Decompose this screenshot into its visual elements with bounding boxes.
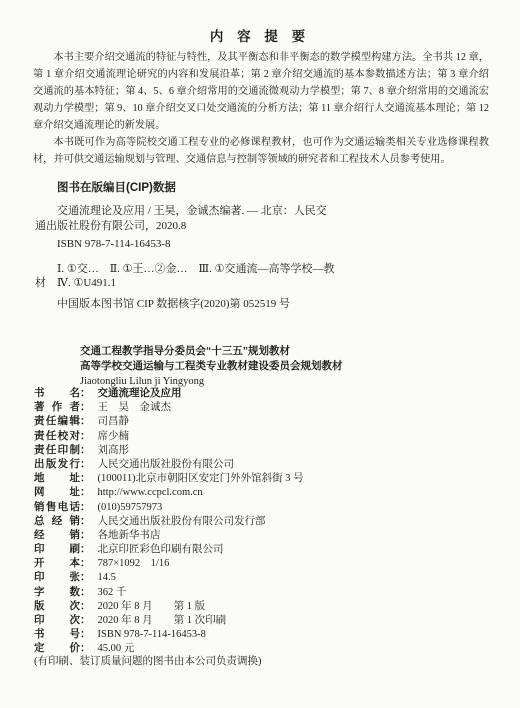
info-value: 2020 年 8 月 第 1 次印刷 — [98, 614, 227, 628]
info-colon: ： — [80, 514, 91, 528]
info-value: 人民交通出版社股份有限公司发行部 — [98, 515, 266, 529]
info-colon: ： — [80, 429, 91, 443]
info-value: 交通流理论及应用 — [98, 386, 182, 400]
cip-block: 交通流理论及应用 / 王昊，金诚杰编著. — 北京：人民交 通出版社股份有限公司… — [35, 204, 365, 291]
info-colon: ： — [80, 457, 91, 471]
info-colon: ： — [80, 400, 91, 414]
info-colon: ： — [80, 443, 91, 457]
info-label: 版次 — [34, 599, 80, 613]
info-label: 销售电话 — [34, 500, 80, 514]
publication-info-list: 书名：交通流理论及应用著作者：王 昊 金诚杰责任编辑：司昌静责任校对：席少楠责任… — [34, 386, 500, 656]
info-value: (100011)北京市朝阳区安定门外外馆斜街 3 号 — [98, 472, 304, 486]
cip-classification-line1: Ⅰ. ①交… Ⅱ. ①王…②金… Ⅲ. ①交通流—高等学校—教 — [35, 262, 365, 277]
info-value: 2020 年 8 月 第 1 版 — [98, 600, 206, 614]
info-label: 开本 — [34, 556, 80, 570]
info-value: http://www.ccpcl.com.cn — [98, 486, 203, 500]
info-row: 总经销：人民交通出版社股份有限公司发行部 — [34, 514, 500, 528]
summary-paragraph-2: 本书既可作为高等院校交通工程专业的必修课程教材，也可作为交通运输类相关专业选修课… — [33, 134, 489, 168]
info-row: 经销：各地新华书店 — [34, 528, 500, 542]
info-label: 书名 — [34, 386, 80, 400]
info-label: 网址 — [34, 485, 80, 499]
info-value: 各地新华书店 — [98, 529, 161, 543]
info-label: 地址 — [34, 471, 80, 485]
info-colon: ： — [80, 414, 91, 428]
info-colon: ： — [80, 585, 91, 599]
info-row: 责任编辑：司昌静 — [34, 414, 500, 428]
info-row: 责任印制：刘高彤 — [34, 443, 500, 457]
cip-classification-line2: 材 Ⅳ. ①U491.1 — [35, 276, 365, 291]
info-colon: ： — [80, 386, 91, 400]
info-value: 14.5 — [98, 571, 116, 585]
cip-record-number: 中国版本图书馆 CIP 数据核字(2020)第 052519 号 — [57, 295, 290, 311]
info-label: 责任印制 — [34, 443, 80, 457]
info-label: 印次 — [34, 613, 80, 627]
info-row: 责任校对：席少楠 — [34, 429, 500, 443]
info-label: 书号 — [34, 627, 80, 641]
info-value: 362 千 — [98, 586, 127, 600]
info-colon: ： — [80, 570, 91, 584]
info-row: 著作者：王 昊 金诚杰 — [34, 400, 500, 414]
cip-block-title: 图书在版编目(CIP)数据 — [57, 179, 176, 195]
info-row: 版次：2020 年 8 月 第 1 版 — [34, 599, 500, 613]
info-value: 北京印匠彩色印刷有限公司 — [98, 543, 224, 557]
info-value: 王 昊 金诚杰 — [98, 401, 172, 415]
info-label: 责任编辑 — [34, 414, 80, 428]
info-value: 刘高彤 — [98, 444, 130, 458]
info-value: ISBN 978-7-114-16453-8 — [98, 628, 206, 642]
cip-title-statement-line2: 通出版社股份有限公司，2020.8 — [35, 219, 365, 234]
info-row: 印刷：北京印匠彩色印刷有限公司 — [34, 542, 500, 556]
info-label: 出版发行 — [34, 457, 80, 471]
info-label: 印张 — [34, 570, 80, 584]
info-value: 人民交通出版社股份有限公司 — [98, 458, 235, 472]
info-colon: ： — [80, 528, 91, 542]
quality-replacement-note: (有印刷、装订质量问题的图书由本公司负责调换) — [34, 653, 262, 668]
info-value: 席少楠 — [98, 430, 130, 444]
info-row: 书号：ISBN 978-7-114-16453-8 — [34, 627, 500, 641]
info-colon: ： — [80, 613, 91, 627]
info-row: 网址：http://www.ccpcl.com.cn — [34, 485, 500, 499]
info-row: 印次：2020 年 8 月 第 1 次印刷 — [34, 613, 500, 627]
copyright-page: 内 容 提 要 本书主要介绍交通流的特征与特性，及其平衡态和非平衡态的数学模型构… — [0, 0, 520, 708]
info-colon: ： — [80, 542, 91, 556]
summary-paragraph-1: 本书主要介绍交通流的特征与特性，及其平衡态和非平衡态的数学模型构建方法。全书共 … — [33, 49, 489, 134]
info-row: 书名：交通流理论及应用 — [34, 386, 500, 400]
info-row: 字数：362 千 — [34, 585, 500, 599]
info-row: 销售电话：(010)59757973 — [34, 500, 500, 514]
info-colon: ： — [80, 599, 91, 613]
info-label: 责任校对 — [34, 429, 80, 443]
cip-title-statement-line1: 交通流理论及应用 / 王昊，金诚杰编著. — 北京：人民交 — [35, 204, 365, 219]
info-label: 总经销 — [34, 514, 80, 528]
info-colon: ： — [80, 627, 91, 641]
series-title-1: 交通工程教学指导分委员会“十三五”规划教材 — [80, 344, 343, 359]
info-value: 司昌静 — [98, 415, 130, 429]
info-label: 印刷 — [34, 542, 80, 556]
info-row: 开本：787×1092 1/16 — [34, 556, 500, 570]
content-summary: 本书主要介绍交通流的特征与特性，及其平衡态和非平衡态的数学模型构建方法。全书共 … — [33, 49, 489, 168]
info-label: 字数 — [34, 585, 80, 599]
info-value: (010)59757973 — [98, 501, 163, 515]
info-colon: ： — [80, 556, 91, 570]
series-title-2: 高等学校交通运输与工程类专业教材建设委员会规划教材 — [80, 359, 343, 374]
info-colon: ： — [80, 485, 91, 499]
info-row: 印张：14.5 — [34, 570, 500, 584]
content-summary-title: 内 容 提 要 — [0, 25, 520, 45]
info-colon: ： — [80, 471, 91, 485]
info-label: 著作者 — [34, 400, 80, 414]
info-value: 787×1092 1/16 — [98, 557, 170, 571]
info-row: 出版发行：人民交通出版社股份有限公司 — [34, 457, 500, 471]
info-colon: ： — [80, 500, 91, 514]
info-label: 经销 — [34, 528, 80, 542]
info-row: 地址：(100011)北京市朝阳区安定门外外馆斜街 3 号 — [34, 471, 500, 485]
series-block: 交通工程教学指导分委员会“十三五”规划教材 高等学校交通运输与工程类专业教材建设… — [80, 344, 343, 389]
cip-isbn: ISBN 978-7-114-16453-8 — [35, 237, 365, 252]
